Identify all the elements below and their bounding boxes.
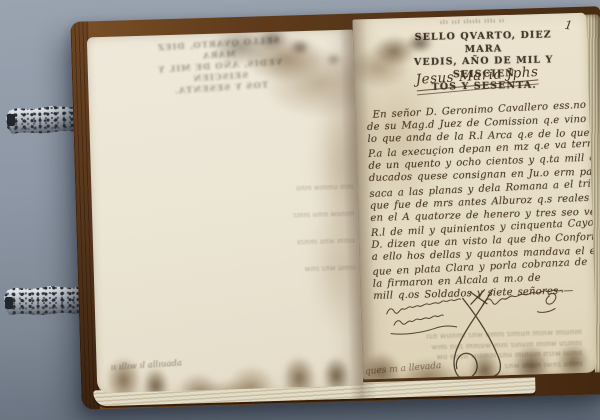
show-through-line: uınm wnu ımnzs — [275, 228, 356, 257]
show-through-line: ınm umnıw mnu — [273, 174, 354, 203]
printed-header-line: SELLO QVARTO, DIEZ MARA — [397, 29, 569, 57]
show-through-line: ınmu wnz ımw — [275, 255, 356, 284]
right-manuscript-page: ılı ııl ılıılı ıllı ıı 1 SELLO QVARTO, D… — [352, 13, 597, 380]
clasp-top-fitting — [7, 114, 15, 126]
manuscript-body: En señor D. Geronimo Cavallero ess.no V.… — [366, 100, 587, 304]
open-book: SELLO QVARTO, DIEZ MARA VEDIS, AÑO DE MI… — [70, 6, 600, 410]
left-blank-page: SELLO QVARTO, DIEZ MARA VEDIS, AÑO DE MI… — [87, 30, 363, 394]
photo-of-open-manuscript-book: SELLO QVARTO, DIEZ MARA VEDIS, AÑO DE MI… — [0, 0, 600, 420]
show-through-line: mınuw nmu ınmz — [274, 201, 355, 230]
small-ink-stamp: ılı ııl ılıılı ıllı ıı — [426, 18, 518, 27]
clasp-bottom-fitting — [5, 297, 13, 309]
show-through-text-block: ınm umnıw mnu mınuw nmu ınmz uınm wnu ım… — [273, 174, 356, 284]
ink-offset-of-printed-header: SELLO QVARTO, DIEZ MARA VEDIS, AÑO DE MI… — [142, 35, 297, 100]
faint-bottom-scribble: ıı ıllıw ıl allıuada — [110, 355, 230, 373]
